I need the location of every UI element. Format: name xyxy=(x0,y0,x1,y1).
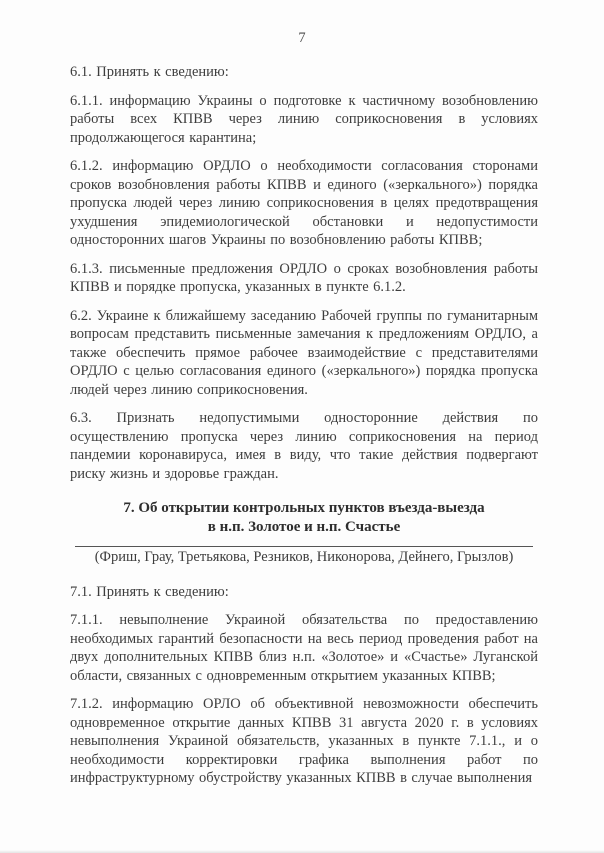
section-7-heading: 7. Об открытии контрольных пунктов въезд… xyxy=(70,499,538,537)
paragraph-7-1-2: 7.1.2. информацию ОРЛО об объективной не… xyxy=(70,695,538,788)
paragraph-6-1-1: 6.1.1. информацию Украины о подготовке к… xyxy=(70,92,538,148)
paragraph-7-1-1: 7.1.1. невыполнение Украиной обязательст… xyxy=(70,611,538,685)
page-number: 7 xyxy=(0,0,604,47)
section-7-heading-line2: в н.п. Золотое и н.п. Счастье xyxy=(70,518,538,537)
attendees-divider xyxy=(75,546,533,547)
document-content: 6.1. Принять к сведению: 6.1.1. информац… xyxy=(70,63,538,788)
document-page: 7 6.1. Принять к сведению: 6.1.1. информ… xyxy=(0,0,604,853)
paragraph-6-1-2: 6.1.2. информацию ОРДЛО о необходимости … xyxy=(70,157,538,250)
paragraph-6-1-3: 6.1.3. письменные предложения ОРДЛО о ср… xyxy=(70,260,538,297)
paragraph-6-3: 6.3. Признать недопустимыми односторонни… xyxy=(70,409,538,483)
paragraph-7-1: 7.1. Принять к сведению: xyxy=(70,583,538,602)
paragraph-6-2: 6.2. Украине к ближайшему заседанию Рабо… xyxy=(70,307,538,400)
attendees-list: (Фриш, Грау, Третьякова, Резников, Никон… xyxy=(70,548,538,567)
paragraph-6-1: 6.1. Принять к сведению: xyxy=(70,63,538,82)
section-7-heading-line1: 7. Об открытии контрольных пунктов въезд… xyxy=(70,499,538,518)
